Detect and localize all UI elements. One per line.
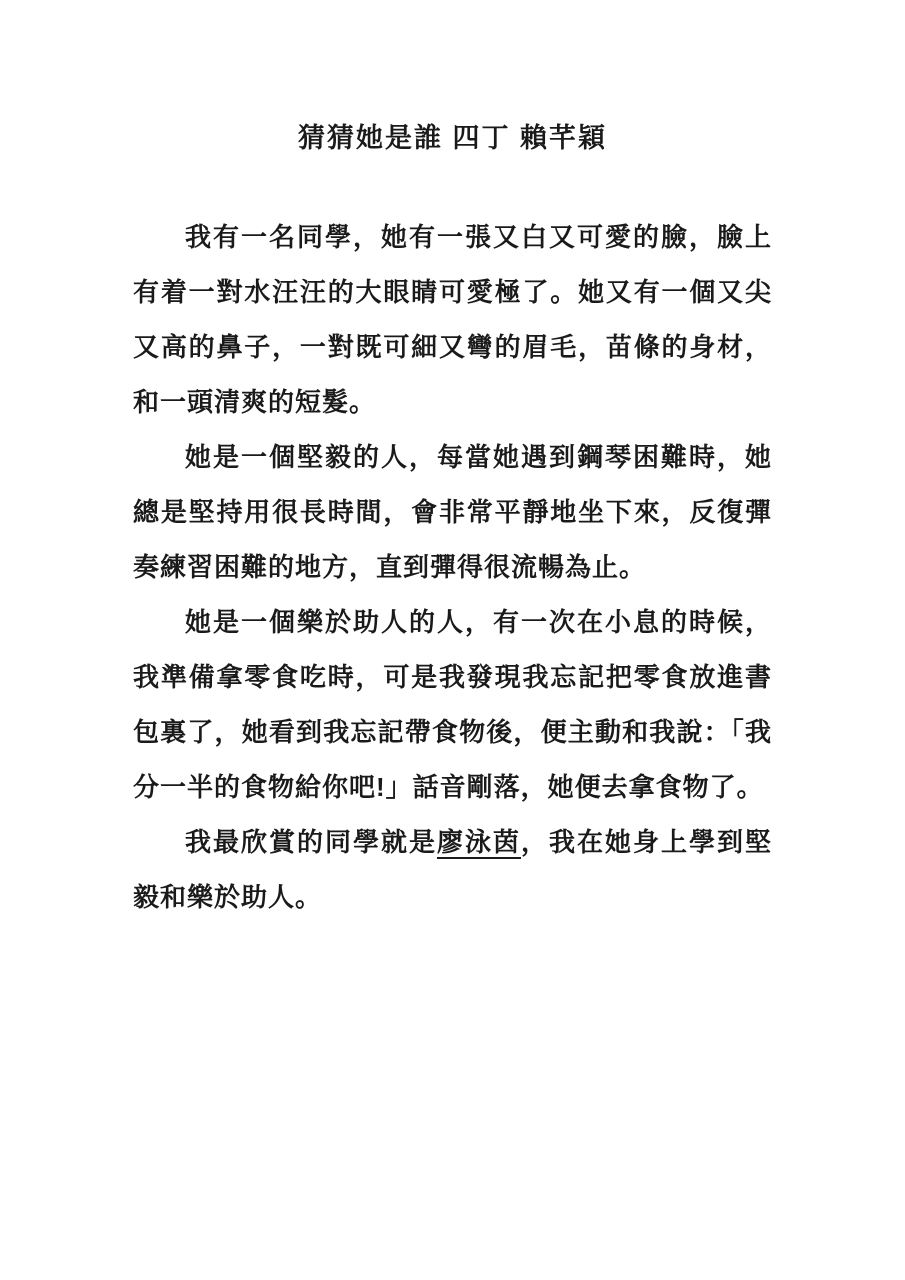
essay-paragraph-conclusion: 我最欣賞的同學就是廖泳茵，我在她身上學到堅毅和樂於助人。	[133, 815, 772, 925]
conclusion-lead-text: 我最欣賞的同學就是	[185, 827, 437, 857]
essay-paragraph-appearance: 我有一名同學，她有一張又白又可愛的臉，臉上有着一對水汪汪的大眼睛可愛極了。她又有…	[133, 210, 772, 430]
essay-paragraph-helpfulness: 她是一個樂於助人的人，有一次在小息的時候，我準備拿零食吃時，可是我發現我忘記把零…	[133, 595, 772, 815]
document-page: 猜猜她是誰 四丁 賴芊穎 我有一名同學，她有一張又白又可愛的臉，臉上有着一對水汪…	[0, 0, 905, 1280]
essay-body: 我有一名同學，她有一張又白又可愛的臉，臉上有着一對水汪汪的大眼睛可愛極了。她又有…	[133, 210, 772, 925]
essay-title: 猜猜她是誰 四丁 賴芊穎	[133, 121, 772, 155]
essay-paragraph-perseverance: 她是一個堅毅的人，每當她遇到鋼琴困難時，她總是堅持用很長時間，會非常平靜地坐下來…	[133, 430, 772, 595]
classmate-name-underlined: 廖泳茵	[437, 827, 521, 857]
